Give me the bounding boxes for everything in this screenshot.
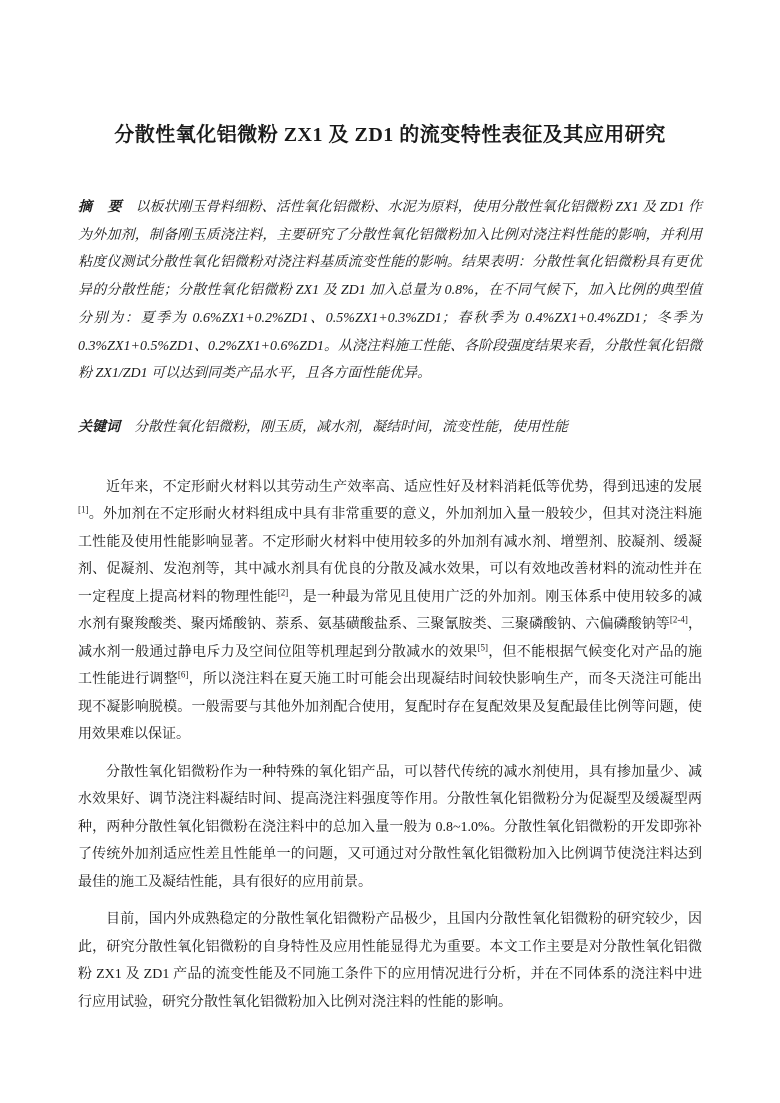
reference-marker: [2] [278,587,289,597]
reference-marker: [5] [478,642,489,652]
paragraph: 近年来，不定形耐火材料以其劳动生产效率高、适应性好及材料消耗低等优势，得到迅速的… [78,474,702,749]
abstract-text: 以板状刚玉骨料细粉、活性氧化铝微粉、水泥为原料，使用分散性氧化铝微粉 ZX1 及… [78,200,702,381]
paragraph-text: 分散性氧化铝微粉作为一种特殊的氧化铝产品，可以替代传统的减水剂使用，具有掺加量少… [78,765,702,890]
reference-marker: [2-4] [670,614,688,624]
paragraph-text: 目前，国内外成熟稳定的分散性氧化铝微粉产品极少，且国内分散性氧化铝微粉的研究较少… [78,912,702,1010]
keywords-text: 分散性氧化铝微粉，刚玉质，减水剂，凝结时间，流变性能，使用性能 [134,420,568,435]
document-page: 分散性氧化铝微粉 ZX1 及 ZD1 的流变特性表征及其应用研究 摘 要以板状刚… [0,0,780,1103]
abstract-label: 摘 要 [78,200,128,215]
paragraph: 分散性氧化铝微粉作为一种特殊的氧化铝产品，可以替代传统的减水剂使用，具有掺加量少… [78,759,702,897]
paragraph-text: 近年来，不定形耐火材料以其劳动生产效率高、适应性好及材料消耗低等优势，得到迅速的… [106,480,702,495]
keywords-section: 关键词分散性氧化铝微粉，刚玉质，减水剂，凝结时间，流变性能，使用性能 [78,414,702,442]
body-paragraphs: 近年来，不定形耐火材料以其劳动生产效率高、适应性好及材料消耗低等优势，得到迅速的… [78,474,702,1017]
reference-marker: [1] [78,504,89,514]
reference-marker: [6] [178,669,189,679]
page-title: 分散性氧化铝微粉 ZX1 及 ZD1 的流变特性表征及其应用研究 [78,0,702,150]
keywords-label: 关键词 [78,420,120,435]
abstract-section: 摘 要以板状刚玉骨料细粉、活性氧化铝微粉、水泥为原料，使用分散性氧化铝微粉 ZX… [78,194,702,388]
paragraph: 目前，国内外成熟稳定的分散性氧化铝微粉产品极少，且国内分散性氧化铝微粉的研究较少… [78,906,702,1016]
